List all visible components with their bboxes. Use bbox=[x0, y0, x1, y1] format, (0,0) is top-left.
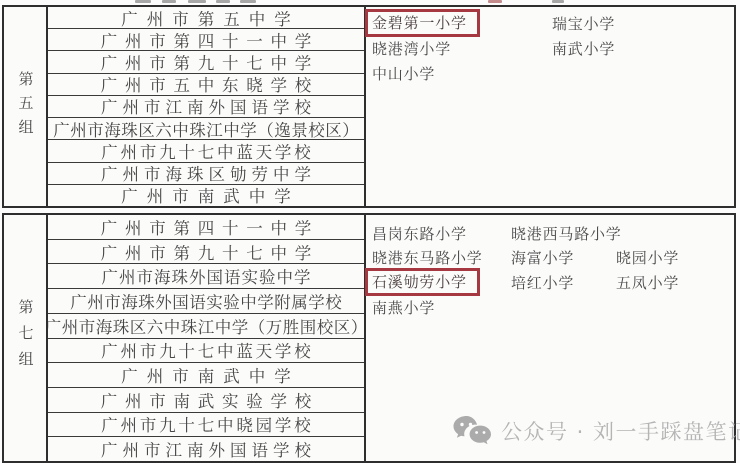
middle-school-name: 广州市九十七中蓝天学校 bbox=[98, 338, 313, 362]
middle-school-row: 广州市海珠区六中珠江中学（逸景校区） bbox=[48, 117, 364, 139]
middle-school-row: 广州市海珠外国语实验中学 bbox=[48, 263, 364, 288]
primary-school-name: 培红小学 bbox=[511, 274, 574, 292]
primary-school-name: 瑞宝小学 bbox=[552, 15, 615, 33]
middle-school-row: 广州市第四十一中学 bbox=[48, 28, 364, 50]
primary-school-row: 晓港湾小学南武小学 bbox=[372, 36, 734, 61]
middle-school-name: 广州市第九十七中学 bbox=[93, 50, 319, 72]
group-label-cell: 第五组 bbox=[4, 7, 48, 206]
middle-school-name: 广州市九十七中晓园学校 bbox=[98, 412, 313, 436]
middle-school-row: 广州市九十七中蓝天学校 bbox=[48, 338, 364, 363]
primary-school-slot: 晓港东马路小学 bbox=[372, 247, 511, 268]
primary-school-row: 石溪劬劳小学培红小学五凤小学 bbox=[372, 270, 734, 295]
primary-school-slot: 五凤小学 bbox=[616, 272, 679, 293]
primary-school-slot: 海富小学 bbox=[511, 247, 616, 268]
primary-school-name: 昌岗东路小学 bbox=[372, 225, 467, 243]
middle-school-name: 广州市第五中学 bbox=[112, 7, 300, 28]
wechat-icon bbox=[452, 415, 492, 447]
middle-school-name: 广州市海珠区六中珠江中学（万胜围校区） bbox=[48, 314, 364, 338]
middle-school-column: 广州市第四十一中学广州市第九十七中学广州市海珠外国语实验中学广州市海珠外国语实验… bbox=[48, 215, 366, 461]
middle-school-name: 广州市第四十一中学 bbox=[93, 28, 319, 50]
primary-school-name: 南燕小学 bbox=[372, 299, 435, 317]
middle-school-name: 广州市海珠区六中珠江中学（逸景校区） bbox=[53, 117, 360, 139]
group-5-table: 第五组广州市第五中学广州市第四十一中学广州市第九十七中学广州市五中东晓学校广州市… bbox=[2, 5, 736, 208]
primary-school-name: 中山小学 bbox=[372, 65, 435, 83]
middle-school-row: 广州市江南外国语学校 bbox=[48, 95, 364, 117]
middle-school-name: 广州市五中东晓学校 bbox=[93, 73, 319, 95]
watermark-text: 公众号 · 刘一手踩盘笔记 bbox=[501, 416, 740, 446]
primary-school-slot: 昌岗东路小学 bbox=[372, 223, 511, 244]
middle-school-row: 广州市九十七中晓园学校 bbox=[48, 412, 364, 437]
middle-school-row: 广州市九十七中蓝天学校 bbox=[48, 139, 364, 161]
primary-school-row: 昌岗东路小学晓港西马路小学 bbox=[372, 221, 734, 246]
middle-school-row: 广州市南武实验学校 bbox=[48, 387, 364, 412]
middle-school-column: 广州市第五中学广州市第四十一中学广州市第九十七中学广州市五中东晓学校广州市江南外… bbox=[48, 7, 366, 206]
middle-school-name: 广州市第九十七中学 bbox=[93, 240, 319, 264]
document-page: 第五组广州市第五中学广州市第四十一中学广州市第九十七中学广州市五中东晓学校广州市… bbox=[0, 0, 740, 463]
middle-school-name: 广州市海珠区劬劳中学 bbox=[96, 162, 316, 184]
middle-school-name: 广州市海珠外国语实验中学附属学校 bbox=[70, 289, 343, 313]
middle-school-name: 广州市江南外国语学校 bbox=[96, 95, 316, 117]
primary-school-name-highlighted: 石溪劬劳小学 bbox=[365, 268, 480, 296]
primary-school-slot: 培红小学 bbox=[511, 272, 616, 293]
middle-school-row: 广州市江南外国语学校 bbox=[48, 436, 364, 461]
watermark: 公众号 · 刘一手踩盘笔记 bbox=[452, 414, 740, 448]
primary-school-slot: 晓园小学 bbox=[616, 247, 679, 268]
middle-school-name: 广州市南武实验学校 bbox=[93, 388, 319, 412]
middle-school-name: 广州市第四十一中学 bbox=[93, 215, 319, 239]
primary-school-name: 五凤小学 bbox=[616, 274, 679, 292]
primary-school-name: 海富小学 bbox=[511, 249, 574, 267]
middle-school-name: 广州市海珠外国语实验中学 bbox=[101, 264, 312, 288]
primary-school-name-highlighted: 金碧第一小学 bbox=[365, 9, 480, 37]
middle-school-row: 广州市海珠区劬劳中学 bbox=[48, 162, 364, 184]
primary-school-name: 晓港湾小学 bbox=[372, 40, 451, 58]
middle-school-name: 广州市江南外国语学校 bbox=[96, 437, 316, 461]
middle-school-row: 广州市南武中学 bbox=[48, 362, 364, 387]
middle-school-row: 广州市第九十七中学 bbox=[48, 239, 364, 264]
primary-school-row: 金碧第一小学瑞宝小学 bbox=[372, 11, 734, 36]
primary-school-slot: 金碧第一小学 bbox=[372, 10, 552, 37]
middle-school-row: 广州市第九十七中学 bbox=[48, 50, 364, 72]
middle-school-row: 广州市五中东晓学校 bbox=[48, 73, 364, 95]
primary-school-name: 晓港西马路小学 bbox=[511, 225, 622, 243]
middle-school-row: 广州市海珠区六中珠江中学（万胜围校区） bbox=[48, 313, 364, 338]
group-label: 第七组 bbox=[18, 299, 33, 377]
primary-school-slot: 晓港湾小学 bbox=[372, 38, 552, 59]
primary-school-row: 中山小学 bbox=[372, 61, 734, 86]
primary-school-row: 晓港东马路小学海富小学晓园小学 bbox=[372, 246, 734, 271]
primary-school-name: 南武小学 bbox=[552, 40, 615, 58]
middle-school-name: 广州市南武中学 bbox=[112, 184, 300, 206]
primary-school-cell: 金碧第一小学瑞宝小学晓港湾小学南武小学中山小学 bbox=[366, 7, 734, 206]
group-label: 第五组 bbox=[18, 71, 33, 143]
primary-school-slot: 石溪劬劳小学 bbox=[372, 269, 511, 296]
primary-school-row: 南燕小学 bbox=[372, 295, 734, 320]
group-label-cell: 第七组 bbox=[4, 215, 48, 461]
middle-school-row: 广州市海珠外国语实验中学附属学校 bbox=[48, 288, 364, 313]
primary-school-name: 晓园小学 bbox=[616, 249, 679, 267]
primary-school-slot: 瑞宝小学 bbox=[552, 13, 615, 34]
middle-school-row: 广州市第四十一中学 bbox=[48, 215, 364, 239]
primary-school-slot: 南武小学 bbox=[552, 38, 615, 59]
primary-school-slot: 南燕小学 bbox=[372, 297, 511, 318]
middle-school-row: 广州市第五中学 bbox=[48, 7, 364, 28]
middle-school-row: 广州市南武中学 bbox=[48, 184, 364, 206]
middle-school-name: 广州市南武中学 bbox=[112, 363, 300, 387]
primary-school-slot: 晓港西马路小学 bbox=[511, 223, 616, 244]
primary-school-name: 晓港东马路小学 bbox=[372, 249, 483, 267]
primary-school-slot: 中山小学 bbox=[372, 63, 552, 84]
middle-school-name: 广州市九十七中蓝天学校 bbox=[98, 139, 313, 161]
